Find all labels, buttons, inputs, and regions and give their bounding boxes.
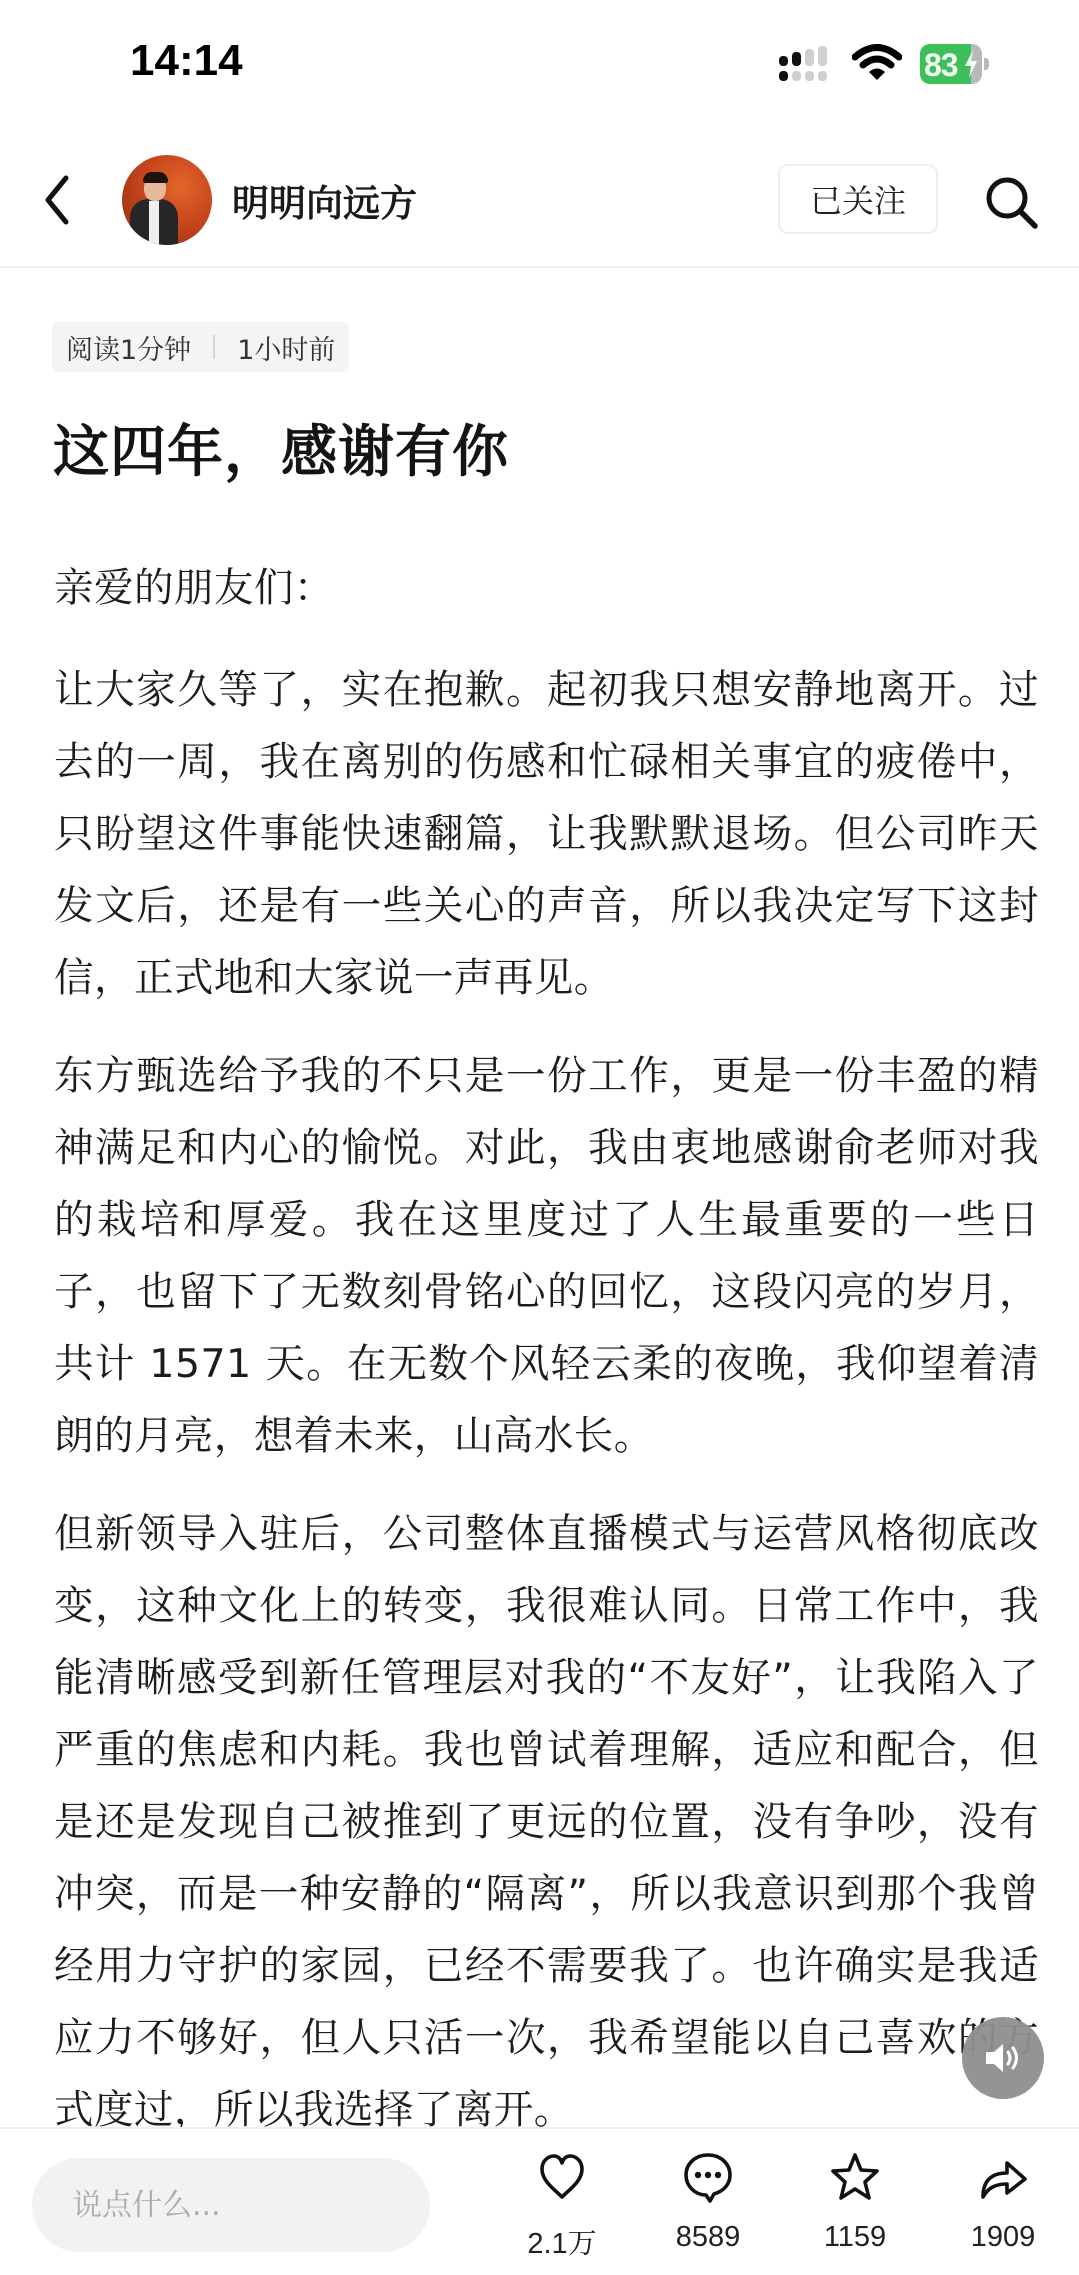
search-icon <box>982 174 1042 232</box>
like-count: 2.1万 <box>502 2221 622 2262</box>
charging-bolt-icon <box>964 50 978 78</box>
chevron-left-icon <box>38 174 78 226</box>
read-time: 阅读1分钟 <box>66 328 191 367</box>
bottom-action-bar: 2.1万 8589 1159 1909 <box>0 2127 1079 2275</box>
favorite-count: 1159 <box>795 2221 915 2254</box>
search-button[interactable] <box>982 174 1042 232</box>
avatar-figure-hair <box>143 172 168 183</box>
comment-count: 8589 <box>648 2221 768 2254</box>
battery-level: 83 <box>924 47 958 84</box>
share-arrow-icon <box>977 2151 1029 2203</box>
follow-button[interactable]: 已关注 <box>778 164 938 234</box>
share-count: 1909 <box>943 2221 1063 2254</box>
author-avatar[interactable] <box>122 155 212 245</box>
comment-bubble-icon <box>682 2151 734 2203</box>
avatar-figure-shirt <box>149 201 159 245</box>
heart-icon <box>536 2151 588 2203</box>
article-header: 明明向远方 已关注 <box>0 130 1079 268</box>
article-paragraph: 但新领导入驻后，公司整体直播模式与运营风格彻底改变，这种文化上的转变，我很难认同… <box>54 1498 1039 2146</box>
like-button[interactable]: 2.1万 <box>502 2151 622 2261</box>
article-paragraph: 东方甄选给予我的不只是一份工作，更是一份丰盈的精神满足和内心的愉悦。对此，我由衷… <box>54 1040 1039 1472</box>
meta-divider <box>213 335 215 359</box>
back-button[interactable] <box>38 174 78 226</box>
wifi-icon <box>852 44 902 82</box>
article-title: 这四年，感谢有你 <box>53 408 509 488</box>
author-name[interactable]: 明明向远方 <box>232 173 417 227</box>
status-time: 14:14 <box>130 36 243 86</box>
battery-tip <box>984 58 989 70</box>
battery-indicator: 83 <box>920 44 990 84</box>
speaker-icon <box>983 2040 1023 2076</box>
article-meta: 阅读1分钟 1小时前 <box>52 322 349 372</box>
publish-time: 1小时前 <box>237 328 335 367</box>
favorite-button[interactable]: 1159 <box>795 2151 915 2261</box>
comment-input[interactable] <box>32 2158 430 2252</box>
article-greeting: 亲爱的朋友们： <box>54 552 1039 624</box>
star-icon <box>829 2151 881 2203</box>
article-paragraph: 让大家久等了，实在抱歉。起初我只想安静地离开。过去的一周，我在离别的伤感和忙碌相… <box>54 654 1039 1014</box>
share-button[interactable]: 1909 <box>943 2151 1063 2261</box>
article-body: 亲爱的朋友们： 让大家久等了，实在抱歉。起初我只想安静地离开。过去的一周，我在离… <box>54 552 1039 2244</box>
comment-button[interactable]: 8589 <box>648 2151 768 2261</box>
listen-audio-button[interactable] <box>962 2017 1044 2099</box>
dual-sim-signal-icon <box>777 46 837 86</box>
status-bar: 14:14 83 <box>0 0 1079 130</box>
